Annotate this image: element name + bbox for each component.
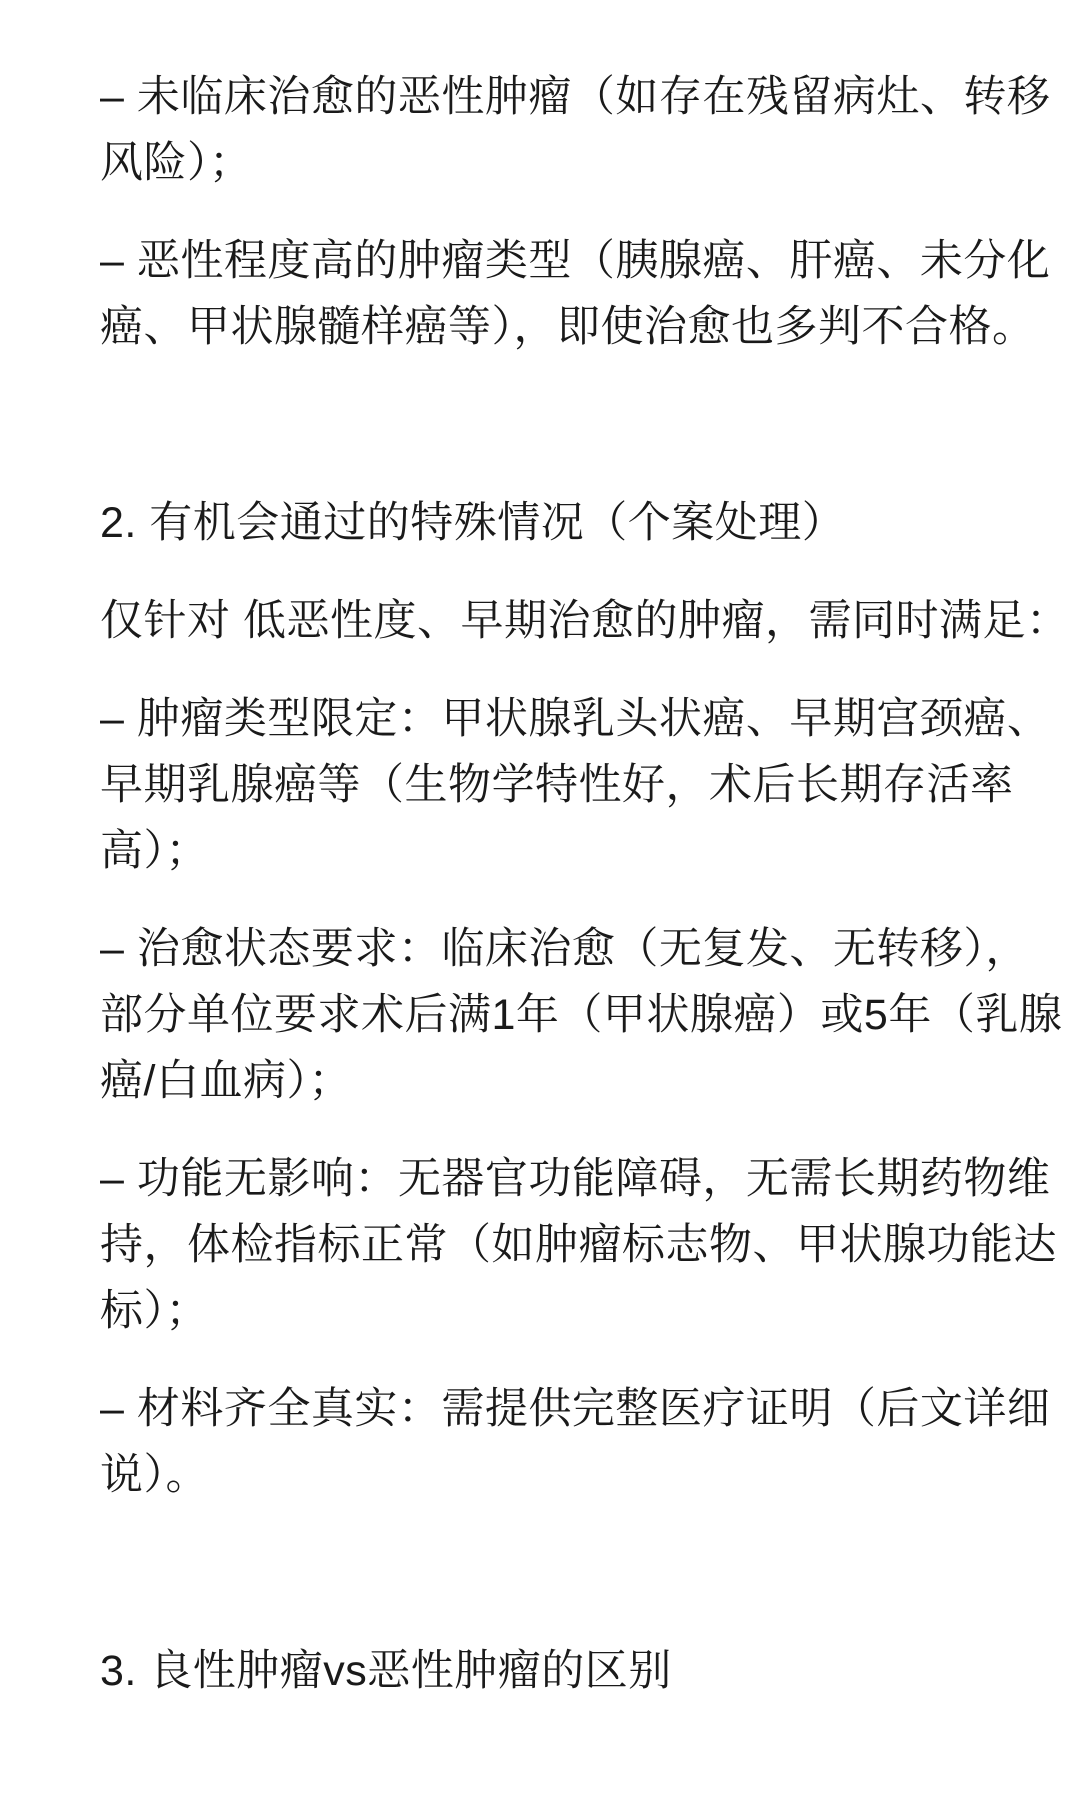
text-line: 说）。	[100, 1442, 1050, 1508]
paragraph: – 恶性程度高的肿瘤类型（胰腺癌、肝癌、未分化癌、甲状腺髓样癌等），即使治愈也多…	[100, 228, 1050, 360]
text-line: 3. 良性肿瘤vs恶性肿瘤的区别	[100, 1638, 672, 1704]
paragraph: – 材料齐全真实：需提供完整医疗证明（后文详细说）。	[100, 1376, 1050, 1508]
paragraph: – 功能无影响：无器官功能障碍，无需长期药物维持，体检指标正常（如肿瘤标志物、甲…	[100, 1146, 1057, 1344]
section-heading: 2. 有机会通过的特殊情况（个案处理）	[100, 490, 845, 556]
text-line: – 未临床治愈的恶性肿瘤（如存在残留病灶、转移	[100, 64, 1050, 130]
paragraph: 仅针对 低恶性度、早期治愈的肿瘤，需同时满足：	[100, 588, 1069, 654]
section-heading: 3. 良性肿瘤vs恶性肿瘤的区别	[100, 1638, 672, 1704]
text-line: 风险）；	[100, 130, 1050, 196]
text-line: – 功能无影响：无器官功能障碍，无需长期药物维	[100, 1146, 1057, 1212]
text-line: 部分单位要求术后满1年（甲状腺癌）或5年（乳腺	[100, 982, 1062, 1048]
text-line: 仅针对 低恶性度、早期治愈的肿瘤，需同时满足：	[100, 588, 1069, 654]
article-body: – 未临床治愈的恶性肿瘤（如存在残留病灶、转移风险）；– 恶性程度高的肿瘤类型（…	[0, 0, 1080, 1800]
text-line: 持，体检指标正常（如肿瘤标志物、甲状腺功能达	[100, 1212, 1057, 1278]
paragraph: – 肿瘤类型限定：甲状腺乳头状癌、早期宫颈癌、早期乳腺癌等（生物学特性好，术后长…	[100, 686, 1050, 884]
text-line: 高）；	[100, 818, 1050, 884]
text-line: 2. 有机会通过的特殊情况（个案处理）	[100, 490, 845, 556]
text-line: 标）；	[100, 1278, 1057, 1344]
text-line: 癌、甲状腺髓样癌等），即使治愈也多判不合格。	[100, 294, 1050, 360]
text-line: – 治愈状态要求：临床治愈（无复发、无转移），	[100, 916, 1062, 982]
paragraph: – 未临床治愈的恶性肿瘤（如存在残留病灶、转移风险）；	[100, 64, 1050, 196]
text-line: – 材料齐全真实：需提供完整医疗证明（后文详细	[100, 1376, 1050, 1442]
text-line: – 肿瘤类型限定：甲状腺乳头状癌、早期宫颈癌、	[100, 686, 1050, 752]
text-line: 早期乳腺癌等（生物学特性好，术后长期存活率	[100, 752, 1050, 818]
paragraph: – 治愈状态要求：临床治愈（无复发、无转移），部分单位要求术后满1年（甲状腺癌）…	[100, 916, 1062, 1114]
text-line: 癌/白血病）；	[100, 1048, 1062, 1114]
text-line: – 恶性程度高的肿瘤类型（胰腺癌、肝癌、未分化	[100, 228, 1050, 294]
